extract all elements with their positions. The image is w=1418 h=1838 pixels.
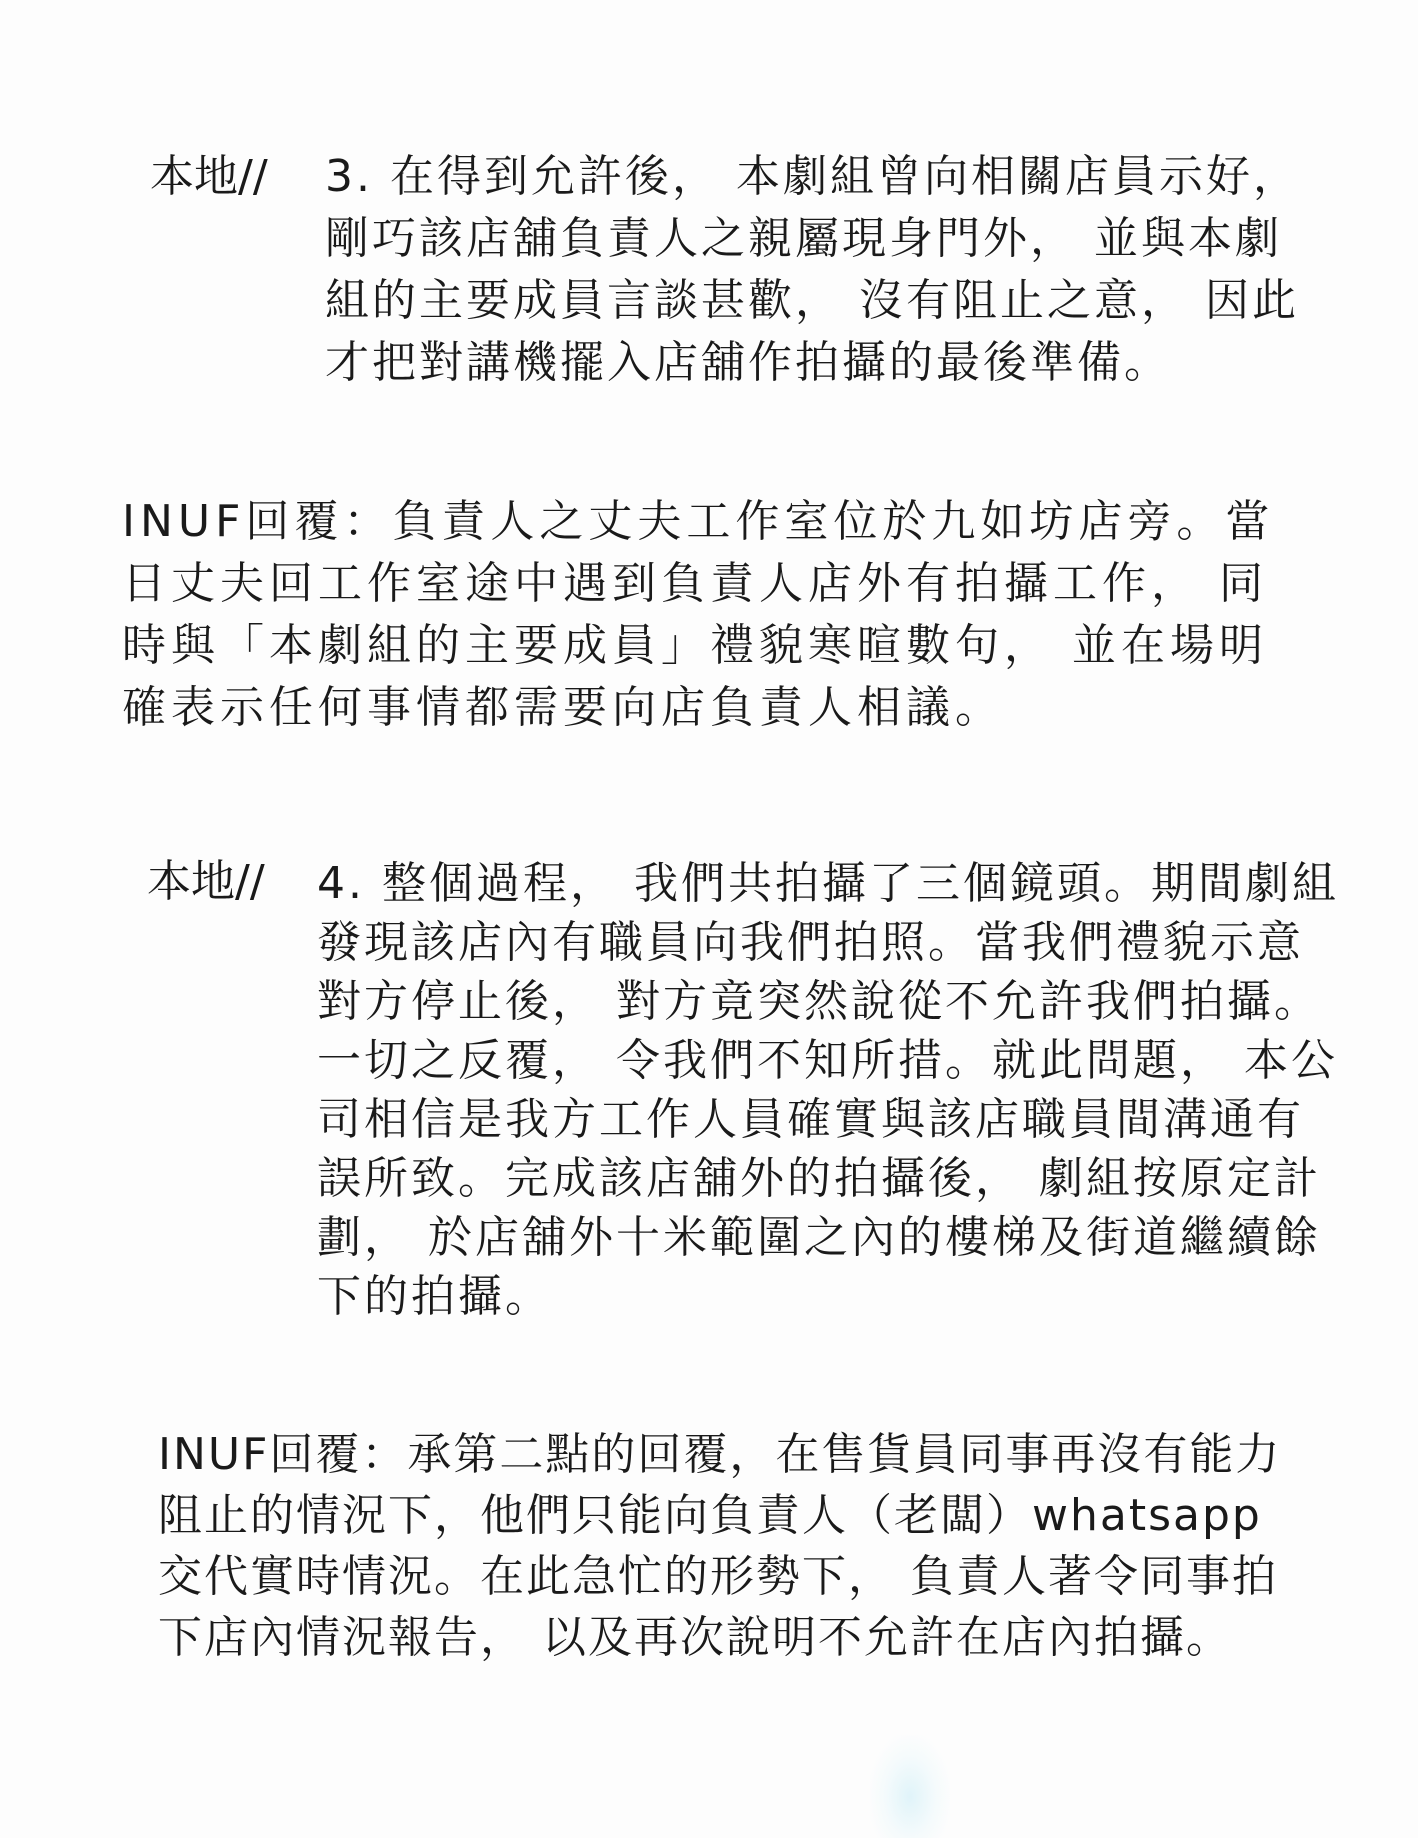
reply-line: INUF回覆：承第二點的回覆，在售貨員同事再沒有能力 [158,1433,1281,1477]
reply-line: 日丈夫回工作室途中遇到負責人店外有拍攝工作， 同 [122,562,1268,606]
statement-line: 一切之反覆， 令我們不知所措。就此問題， 本公 [317,1039,1338,1083]
reply-line: INUF回覆：負責人之丈夫工作室位於九如坊店旁。當 [122,500,1274,544]
statement-line: 發現該店內有職員向我們拍照。當我們禮貌示意 [317,921,1304,965]
statement-line: 司相信是我方工作人員確實與該店職員間溝通有 [317,1098,1304,1142]
reply-line: 交代實時情況。在此急忙的形勢下， 負責人著令同事拍 [158,1555,1278,1599]
statement-line: 剛巧該店舖負責人之親屬現身門外， 並與本劇 [325,217,1282,261]
reply-line: 下店內情況報告， 以及再次說明不允許在店內拍攝。 [158,1616,1232,1660]
statement-line: 3. 在得到允許後， 本劇組曾向相關店員示好， [325,155,1300,199]
statement-line: 對方停止後， 對方竟突然說從不允許我們拍攝。 [317,980,1321,1024]
statement-line: 4. 整個過程， 我們共拍攝了三個鏡頭。期間劇組 [317,862,1339,906]
reply-line: 阻止的情況下，他們只能向負責人（老闆）whatsapp [158,1494,1262,1538]
reply-line: 確表示任何事情都需要向店負責人相議。 [122,686,1004,730]
image-artifact [870,1735,950,1838]
statement-line: 下的拍攝。 [317,1275,552,1319]
statement-line: 誤所致。完成該店舖外的拍攝後， 劇組按原定計 [317,1157,1321,1201]
statement-line: 才把對講機擺入店舖作拍攝的最後準備。 [325,341,1171,385]
statement-line: 組的主要成員言談甚歡， 沒有阻止之意， 因此 [325,279,1299,323]
local-tag: 本地// [147,860,265,904]
reply-line: 時與「本劇組的主要成員」禮貌寒暄數句， 並在場明 [122,624,1268,668]
statement-line: 劃， 於店舖外十米範圍之內的樓梯及街道繼續餘 [317,1216,1321,1260]
local-tag: 本地// [150,155,268,199]
local-statement-3: 本地// 3. 在得到允許後， 本劇組曾向相關店員示好， 剛巧該店舖負責人之親屬… [0,0,1418,420]
